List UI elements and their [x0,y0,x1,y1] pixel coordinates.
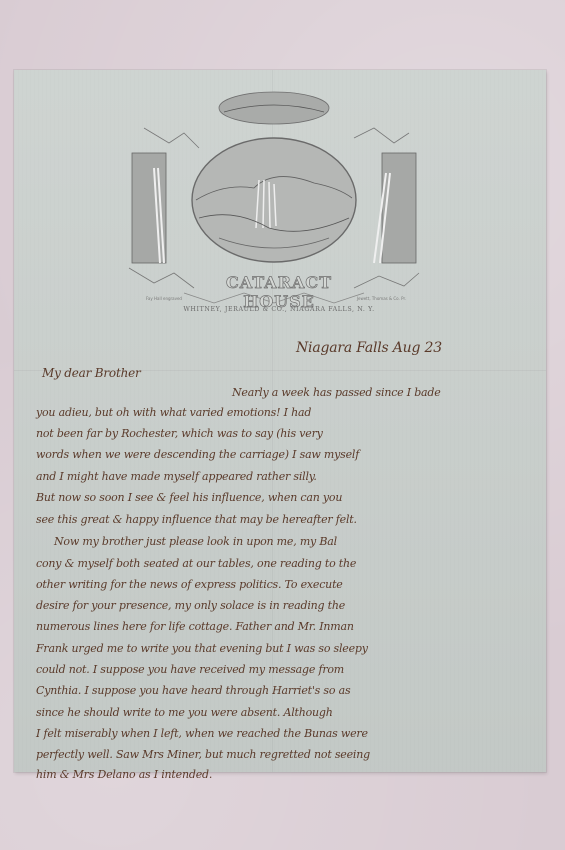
letter-line: perfectly well. Saw Mrs Miner, but much … [36,748,370,761]
letter-line: numerous lines here for life cottage. Fa… [36,620,354,633]
letter-salutation: My dear Brother [42,366,141,380]
letter-line: see this great & happy influence that ma… [36,513,357,526]
letter-line: cony & myself both seated at our tables,… [36,557,356,570]
letter-line: you adieu, but oh with what varied emoti… [36,406,311,419]
printer-credit: Jewett, Thomas & Co. Pr. [357,296,406,301]
letter-line: Frank urged me to write you that evening… [36,642,368,655]
letter-dateline: Niagara Falls Aug 23 [296,340,442,356]
letter-line: But now so soon I see & feel his influen… [36,491,342,504]
letter-line: Nearly a week has passed since I bade [232,386,441,399]
letter-line: desire for your presence, my only solace… [36,599,345,612]
letter-line: him & Mrs Delano as I intended. [36,768,212,781]
letter-line: and I might have made myself appeared ra… [36,470,317,483]
letter-line: not been far by Rochester, which was to … [36,427,323,440]
letter-line: words when we were descending the carria… [36,448,359,461]
letter-line: I felt miserably when I left, when we re… [36,727,368,740]
letter-line: other writing for the news of express po… [36,578,343,591]
letter-line: since he should write to me you were abs… [36,706,333,719]
letter-line: Now my brother just please look in upon … [54,535,337,548]
letter-line: Cynthia. I suppose you have heard throug… [36,684,350,697]
letter-line: could not. I suppose you have received m… [36,663,344,676]
engraver-credit: Fay Hall engraved [146,296,182,301]
publisher-line: WHITNEY, JERAULD & CO., NIAGARA FALLS, N… [154,306,404,313]
letter-paper: CATARACT HOUSE Fay Hall engraved Jewett,… [14,70,546,772]
letterhead: CATARACT HOUSE Fay Hall engraved Jewett,… [124,88,424,338]
